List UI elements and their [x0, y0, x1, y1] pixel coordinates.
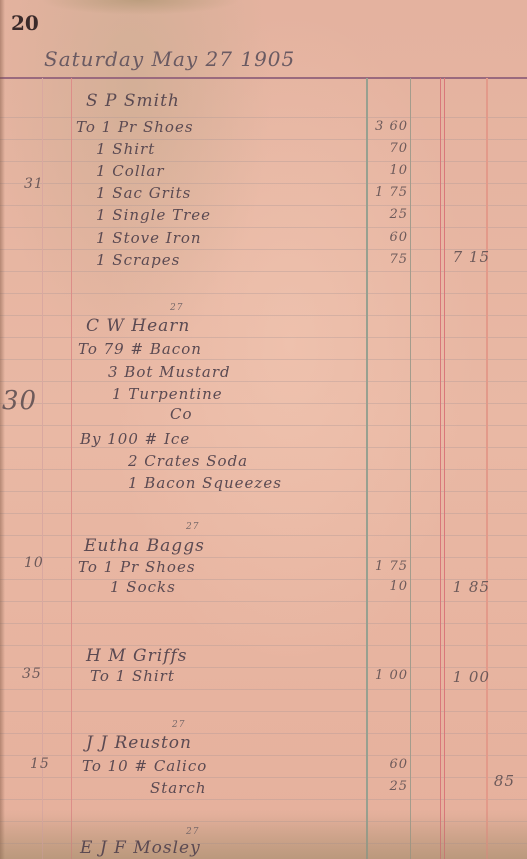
line-amount: 10 [368, 579, 408, 594]
margin-rule-1 [42, 78, 43, 859]
line-item: By 100 # Ice [80, 430, 190, 448]
margin-number: 31 [24, 176, 44, 192]
line-item: 1 Sac Grits [96, 184, 191, 202]
date-heading: Saturday May 27 1905 [44, 47, 295, 71]
customer-name: Eutha Baggs [84, 536, 205, 556]
margin-rule-2 [71, 78, 72, 859]
entry-total: 85 [470, 772, 515, 790]
page-edge [0, 0, 5, 859]
customer-name: H M Griffs [86, 646, 188, 666]
line-item: 1 Scrapes [96, 251, 180, 269]
line-item: Co [170, 405, 193, 423]
total-rule-right [486, 78, 488, 859]
day-superscript: 27 [186, 522, 199, 532]
margin-number: 35 [22, 666, 42, 682]
line-amount: 25 [368, 207, 408, 222]
entry-total: 1 00 [445, 668, 490, 686]
stain [40, 0, 240, 15]
margin-number: 15 [30, 756, 50, 772]
customer-name: E J F Mosley [80, 838, 201, 858]
line-item: 2 Crates Soda [128, 452, 248, 470]
total-rule-double [440, 78, 445, 859]
day-superscript: 27 [170, 303, 183, 313]
line-amount: 60 [368, 757, 408, 772]
ledger-page: 20 Saturday May 27 1905 S P Smith 31 To … [0, 0, 527, 859]
day-superscript: 27 [186, 827, 199, 837]
line-amount: 1 75 [368, 185, 408, 200]
line-item: 1 Turpentine [112, 385, 223, 403]
line-item: To 1 Pr Shoes [78, 558, 196, 576]
margin-number: 30 [2, 386, 37, 416]
customer-name: J J Reuston [86, 733, 192, 753]
line-item: 1 Single Tree [96, 206, 211, 224]
customer-name: S P Smith [86, 91, 180, 111]
line-item: 1 Stove Iron [96, 229, 202, 247]
line-item: 1 Socks [110, 578, 176, 596]
line-amount: 70 [368, 141, 408, 156]
entry-total: 7 15 [445, 248, 490, 266]
line-amount: 25 [368, 779, 408, 794]
line-item: Starch [150, 779, 206, 797]
margin-number: 10 [24, 555, 44, 571]
line-item: 1 Bacon Squeezes [128, 474, 282, 492]
line-item: To 1 Pr Shoes [76, 118, 194, 136]
customer-name: C W Hearn [86, 316, 190, 336]
entry-total: 1 85 [445, 578, 490, 596]
day-superscript: 27 [172, 720, 185, 730]
line-item: To 1 Shirt [90, 667, 175, 685]
line-amount: 1 00 [368, 668, 408, 683]
line-item: 3 Bot Mustard [108, 363, 231, 381]
line-amount: 75 [368, 252, 408, 267]
line-amount: 1 75 [368, 559, 408, 574]
line-item: To 79 # Bacon [78, 340, 202, 358]
line-amount: 3 60 [368, 119, 408, 134]
header-rule [0, 77, 527, 79]
line-item: To 10 # Calico [82, 757, 207, 775]
amount-rule-cents [410, 78, 411, 859]
line-amount: 60 [368, 230, 408, 245]
line-item: 1 Collar [96, 162, 165, 180]
line-amount: 10 [368, 163, 408, 178]
line-item: 1 Shirt [96, 140, 155, 158]
page-number: 20 [11, 11, 39, 35]
